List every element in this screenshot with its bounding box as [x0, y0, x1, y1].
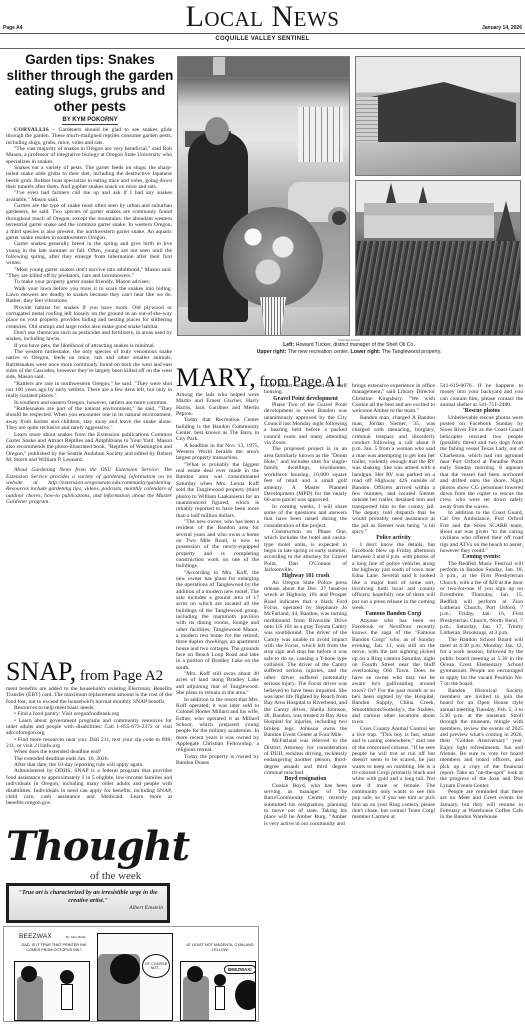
paragraph: The western rattlesnake, the only specie…: [6, 349, 172, 381]
dateline: CORVALLIS: [14, 127, 49, 133]
character-head: [60, 970, 74, 984]
issue-date: January 14, 2026: [482, 25, 522, 31]
paragraph: "The vast majority of snakes in Oregon a…: [6, 146, 172, 165]
snap-body: ment benefits are added to the household…: [6, 686, 172, 807]
paragraph: "Rattlers are rare in northwestern Orego…: [6, 381, 172, 400]
panel2-speech: OF COURSE NOT...: [142, 954, 170, 978]
mary-column-2: Golf Resort and is used for staff housin…: [264, 383, 347, 827]
paragraph: Garter snakes generally breed in the spr…: [6, 241, 172, 266]
garden-body: CORVALLIS – Gardeners should be glad to …: [6, 127, 172, 505]
photo-caption: Left: Howard Tucker, district manager of…: [177, 342, 521, 356]
paragraph: To make your property garter snake frien…: [6, 279, 172, 285]
sub-masthead-rule: [0, 48, 525, 49]
panel3-speech: AT LEAST NOT MAGENTA, CYAN AND YELLOW!: [182, 943, 258, 952]
publication-name: COQUILLE VALLEY SENTINEL: [0, 36, 525, 42]
photo-tanglewood-property: [355, 180, 521, 336]
panel3-shout: BEEZWAX!: [224, 965, 256, 974]
mary-column-3: brings extensive experience in office ma…: [352, 383, 435, 821]
photo-howard-tucker: [177, 56, 350, 336]
paragraph: Provide habitat for snakes if you have r…: [6, 305, 172, 330]
paragraph: Garters are the type of snake most often…: [6, 203, 172, 241]
mary-column-4: 541-619-0076. If he happens to mosey int…: [440, 383, 523, 821]
paragraph: Snakes eat a variety of pests. The garte…: [6, 165, 172, 190]
thought-subtitle: of the week: [90, 870, 141, 882]
character-head: [235, 980, 256, 1010]
quote-text: "True art is characterized by an irresis…: [13, 889, 163, 904]
quote-author: Albert Einstein: [13, 905, 163, 911]
comic-panel-3: BEEZWAX!: [180, 961, 256, 1021]
character-head: [214, 974, 226, 986]
paragraph: "I've even had farmers call me up and as…: [6, 190, 172, 203]
masthead: Page A4 Local News January 14, 2026: [0, 0, 525, 36]
paragraph: Learn more about snakes from the Extensi…: [6, 432, 172, 464]
comic-panel-1: [14, 961, 90, 1021]
thought-title: Thought: [6, 826, 189, 868]
about-note: About Gardening News from the OSU Extens…: [6, 467, 172, 505]
garden-headline: Garden tips: Snakes slither through the …: [6, 52, 174, 114]
mary-column-1: Among the lads who helped were Martin an…: [176, 392, 259, 766]
character-head: [110, 954, 140, 984]
quote-box: "True art is characterized by an irresis…: [6, 883, 170, 923]
garden-article: Garden tips: Snakes slither through the …: [6, 52, 174, 505]
panel1-speech: DAD, IS IT TRUE THAT PRINTER INK COMES F…: [16, 943, 92, 952]
comic-title: BEEZWAX: [19, 933, 52, 940]
paragraph: Don't use chemicals such as pesticides a…: [6, 330, 172, 343]
character-head: [187, 966, 203, 982]
comic-byline: By John Martin: [66, 935, 86, 939]
paragraph: "Rattlesnakes are part of the natural en…: [6, 406, 172, 431]
paragraph: "Most young garter snakes don't survive …: [6, 267, 172, 280]
byline: BY KYM POKORNY: [6, 117, 174, 123]
comic-panel-2: OF COURSE NOT...: [97, 933, 173, 1021]
masthead-rule: [0, 33, 525, 34]
character-head: [21, 966, 37, 982]
section-title: Local News: [0, 0, 525, 34]
comic-strip: BEEZWAX By John Martin DAD, IS IT TRUE T…: [3, 926, 259, 1022]
paragraph: Walk your lawn before you mow it to scar…: [6, 286, 172, 305]
photo-recreation-center: [355, 56, 521, 176]
